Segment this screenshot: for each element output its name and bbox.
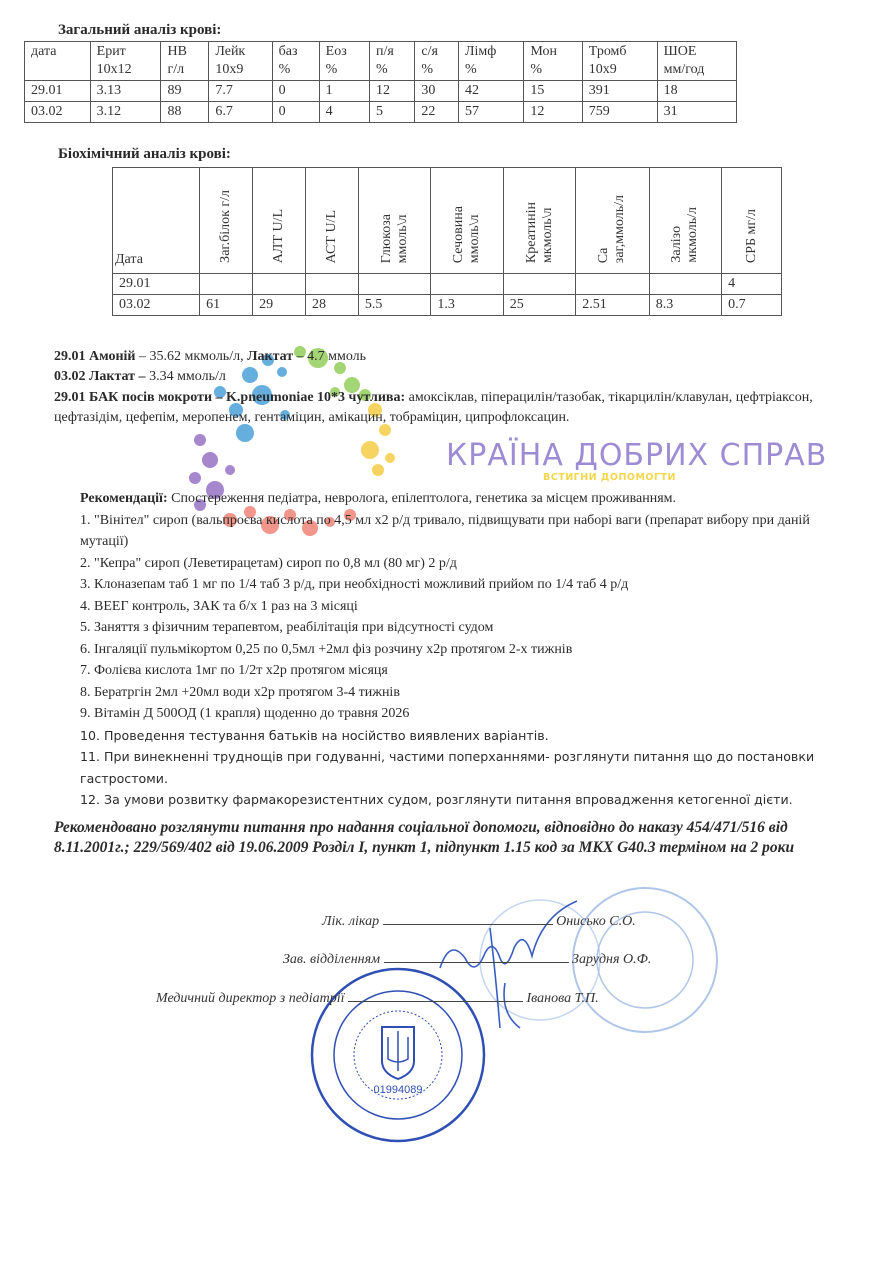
- column-header: баз%: [272, 42, 319, 81]
- column-header: Лімф%: [459, 42, 524, 81]
- column-header: НВг/л: [161, 42, 209, 81]
- column-header: СРБ мг/л: [722, 168, 782, 274]
- table-cell: 8.3: [649, 295, 721, 316]
- recommendation-item: 4. ВЕЕГ контроль, ЗАК та б/х 1 раз на 3 …: [80, 596, 840, 618]
- column-header: Тромб10x9: [582, 42, 657, 81]
- table-header-row: ДатаЗаг.білок г/лАЛТ U/LАСТ U/LГлюкоза м…: [113, 168, 782, 274]
- watermark-dot: [194, 434, 206, 446]
- signature-name: Іванова Т.П.: [527, 991, 599, 1006]
- signature-row-doctor: Лік. лікар Онисько С.О.: [322, 914, 636, 930]
- lab-ammonium-lactate: 29.01 Амоній – 35.62 мкмоль/л, Лактат – …: [54, 347, 834, 367]
- recommendations: Рекомендації: Спостереження педіатра, не…: [80, 488, 840, 811]
- signature-role: Лік. лікар: [322, 914, 379, 929]
- lab-value: – 4.7 ммоль: [293, 349, 366, 364]
- table-cell: 25: [503, 295, 575, 316]
- recommendation-item: 3. Клоназепам таб 1 мг по 1/4 таб 3 р/д,…: [80, 574, 840, 596]
- signature-role: Зав. відділенням: [283, 952, 380, 967]
- column-header: Глюкоза ммоль\л: [358, 168, 430, 274]
- watermark-dot: [385, 453, 395, 463]
- table-cell: 391: [582, 81, 657, 102]
- table-cell: [576, 274, 649, 295]
- column-header: Са заг,ммоль/л: [576, 168, 649, 274]
- column-header: Залізо мкмоль/л: [649, 168, 721, 274]
- table-row: 03.026129285.51.3252.518.30.7: [113, 295, 782, 316]
- table-cell: [253, 274, 306, 295]
- lab-label: 29.01 БАК посів мокроти – K.pneumoniae 1…: [54, 390, 405, 405]
- lab-label: 29.01 Амоній: [54, 349, 135, 364]
- table-cell: 7.7: [209, 81, 272, 102]
- recommendation-item: 12. За умови розвитку фармакорезистентни…: [80, 789, 840, 811]
- table-row: 03.023.12886.704522571275931: [25, 102, 737, 123]
- table-cell: 3.12: [90, 102, 161, 123]
- signature-row-head: Зав. відділенням Зарудня О.Ф.: [283, 952, 651, 968]
- table-cell: [503, 274, 575, 295]
- column-header: Креатинін мкмоль\л: [503, 168, 575, 274]
- table-cell: 1.3: [431, 295, 503, 316]
- table-cell: [358, 274, 430, 295]
- table-cell: 6.7: [209, 102, 272, 123]
- table-cell: [305, 274, 358, 295]
- recommendation-item: 2. "Кепра" сироп (Леветирацетам) сироп п…: [80, 553, 840, 575]
- column-header: Лейк10x9: [209, 42, 272, 81]
- recommendation-item: 10. Проведення тестування батьків на нос…: [80, 725, 840, 747]
- table-cell: 88: [161, 102, 209, 123]
- watermark-subtitle: ВСТИГНИ ДОПОМОГТИ: [543, 472, 676, 483]
- table-cell: 42: [459, 81, 524, 102]
- table-header-row: дата Ерит10x12НВг/лЛейк10x9баз%Еоз%п/я%с…: [25, 42, 737, 81]
- recommendation-item: 9. Вітамін Д 500ОД (1 крапля) щоденно до…: [80, 703, 840, 725]
- watermark-dot: [361, 441, 379, 459]
- watermark-dot: [189, 472, 201, 484]
- lab-sputum-culture: 29.01 БАК посів мокроти – K.pneumoniae 1…: [54, 388, 814, 428]
- column-header: АЛТ U/L: [253, 168, 306, 274]
- column-header: с/я%: [415, 42, 459, 81]
- lab-label: 03.02 Лактат –: [54, 369, 146, 384]
- recommendation-item: 8. Бератргін 2мл +20мл води х2р протягом…: [80, 682, 840, 704]
- recommendation-item: 1. "Вінітел" сироп (вальпроєва кислота п…: [80, 510, 840, 553]
- svg-text:01994089: 01994089: [374, 1084, 423, 1096]
- table-cell: 4: [722, 274, 782, 295]
- table-cell: 4: [319, 102, 369, 123]
- column-header: п/я%: [369, 42, 414, 81]
- table-cell: 5: [369, 102, 414, 123]
- column-header: Еоз%: [319, 42, 369, 81]
- recommendations-label: Рекомендації:: [80, 491, 168, 506]
- recommendations-intro: Рекомендації: Спостереження педіатра, не…: [80, 488, 840, 510]
- table-cell: 1: [319, 81, 369, 102]
- table-cell: 0: [272, 102, 319, 123]
- column-header: Сечовина ммоль\л: [431, 168, 503, 274]
- watermark-dot: [372, 464, 384, 476]
- table-cell: 2.51: [576, 295, 649, 316]
- table-cell: 29.01: [25, 81, 91, 102]
- watermark-title: КРАЇНА ДОБРИХ СПРАВ: [446, 438, 827, 473]
- recommendation-item: 11. При винекненні труднощів при годуван…: [80, 746, 840, 789]
- biochem-table: ДатаЗаг.білок г/лАЛТ U/LАСТ U/LГлюкоза м…: [112, 167, 782, 316]
- table-cell: 31: [657, 102, 736, 123]
- column-header: ШОЕмм/год: [657, 42, 736, 81]
- lab-value: – 35.62 мкмоль/л,: [135, 349, 247, 364]
- column-header: дата: [25, 42, 91, 81]
- table-cell: 0: [272, 81, 319, 102]
- table-cell: 03.02: [113, 295, 200, 316]
- table-cell: 30: [415, 81, 459, 102]
- table-cell: [649, 274, 721, 295]
- table-cell: 61: [200, 295, 253, 316]
- column-header: АСТ U/L: [305, 168, 358, 274]
- biochem-title: Біохімічний аналіз крові:: [58, 146, 231, 163]
- table-cell: 0.7: [722, 295, 782, 316]
- recommendations-intro-text: Спостереження педіатра, невролога, епіле…: [168, 491, 676, 506]
- table-cell: 29: [253, 295, 306, 316]
- table-cell: 15: [524, 81, 582, 102]
- general-blood-table: дата Ерит10x12НВг/лЛейк10x9баз%Еоз%п/я%с…: [24, 41, 737, 123]
- table-cell: 03.02: [25, 102, 91, 123]
- table-cell: 5.5: [358, 295, 430, 316]
- table-cell: 759: [582, 102, 657, 123]
- table-row: 29.013.13897.7011230421539118: [25, 81, 737, 102]
- signature-role: Медичний директор з педіатрії: [156, 991, 345, 1006]
- general-blood-title: Загальний аналіз крові:: [58, 22, 221, 39]
- table-cell: 12: [369, 81, 414, 102]
- recommendation-item: 6. Інгаляції пульмікортом 0,25 по 0,5мл …: [80, 639, 840, 661]
- recommendation-item: 7. Фолієва кислота 1мг по 1/2т х2р протя…: [80, 660, 840, 682]
- table-cell: 22: [415, 102, 459, 123]
- watermark-dot: [225, 465, 235, 475]
- table-row: 29.01 4: [113, 274, 782, 295]
- table-cell: [431, 274, 503, 295]
- lab-label: Лактат: [247, 349, 293, 364]
- lab-value: 3.34 ммоль/л: [146, 369, 226, 384]
- recommendation-item: 5. Заняття з фізичним терапевтом, реабіл…: [80, 617, 840, 639]
- watermark-dot: [202, 452, 218, 468]
- table-cell: 29.01: [113, 274, 200, 295]
- table-cell: 12: [524, 102, 582, 123]
- signature-name: Зарудня О.Ф.: [572, 952, 651, 967]
- lab-lactate-2: 03.02 Лактат – 3.34 ммоль/л: [54, 367, 834, 387]
- column-header: Мон%: [524, 42, 582, 81]
- column-header: Заг.білок г/л: [200, 168, 253, 274]
- signature-name: Онисько С.О.: [556, 914, 636, 929]
- column-header: Дата: [113, 168, 200, 274]
- signature-row-director: Медичний директор з педіатрії Іванова Т.…: [156, 991, 599, 1007]
- table-cell: 18: [657, 81, 736, 102]
- table-cell: 28: [305, 295, 358, 316]
- table-cell: 57: [459, 102, 524, 123]
- social-assistance-note: Рекомендовано розглянути питання про над…: [54, 818, 844, 858]
- table-cell: [200, 274, 253, 295]
- table-cell: 89: [161, 81, 209, 102]
- table-cell: 3.13: [90, 81, 161, 102]
- column-header: Ерит10x12: [90, 42, 161, 81]
